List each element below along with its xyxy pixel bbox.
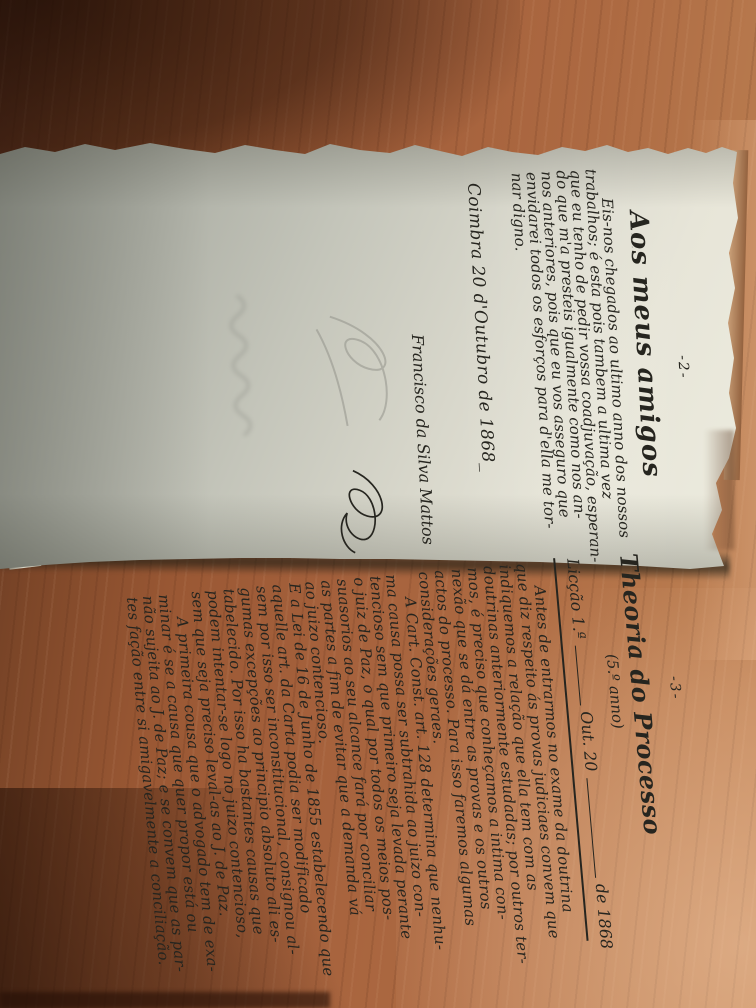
- lecture-body: Antes de entrarmos no exame da doutrina …: [123, 561, 579, 990]
- photo-scene: -2- ······· Aos meus amigos Eis-nos cheg…: [0, 0, 756, 1008]
- lesson-label: Licção 1.ª: [563, 558, 589, 640]
- place-date-line: Coimbra 20 d'Outubro de 1868_: [463, 182, 502, 543]
- ink-bleedthrough: [206, 290, 274, 453]
- table-edge-shadow-bottom: [0, 992, 330, 1008]
- page-curl-shadow: [704, 430, 734, 550]
- lesson-date: Out. 20: [577, 710, 601, 772]
- faded-signature-flourish: [304, 305, 406, 440]
- ruled-dash: [575, 645, 581, 705]
- right-page-text: -3- Theoria do Processo (5.º anno) Licçã…: [99, 545, 712, 994]
- author-signature: Francisco da Silva Mattos: [408, 334, 438, 547]
- ruled-dash: [586, 778, 596, 879]
- dedication-paragraph: Eis-nos chegados ao ultimo anno dos noss…: [509, 168, 631, 535]
- lesson-year: de 1868: [592, 883, 617, 950]
- faint-dotted-marks: ·······: [624, 213, 639, 259]
- signature-paraph-flourish: [321, 463, 396, 562]
